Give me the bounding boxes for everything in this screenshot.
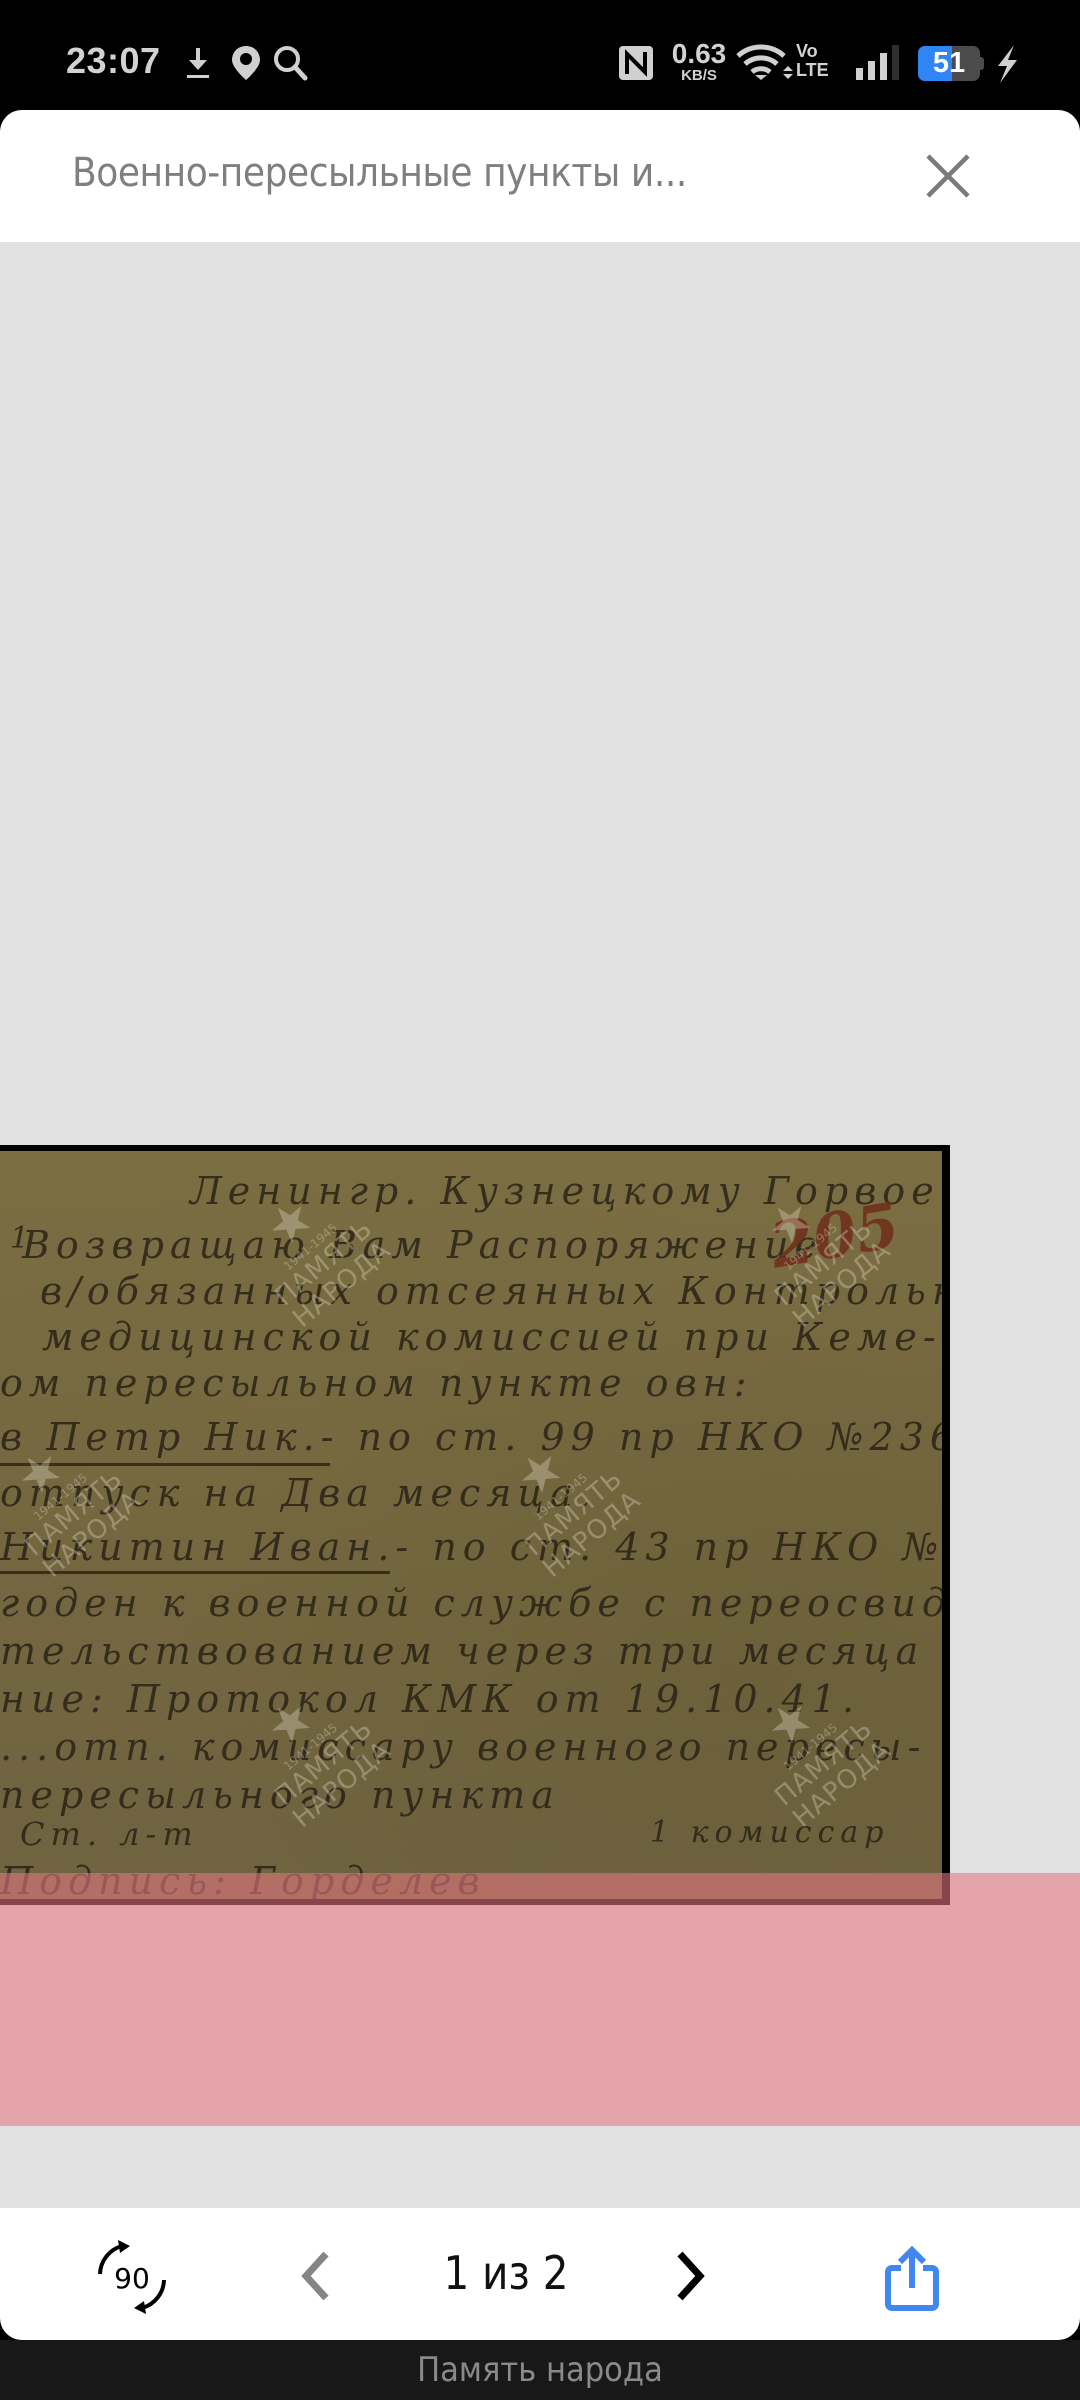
charging-bolt-icon: [994, 44, 1020, 84]
download-icon: [186, 46, 210, 80]
handwritten-line: отпуск на Два месяца.: [0, 1471, 597, 1515]
handwritten-line: пересыльного пункта: [0, 1773, 560, 1817]
handwritten-line: в Петр Ник.- по ст. 99 пр НКО №236-12: [0, 1415, 942, 1459]
nfc-icon: [618, 44, 654, 82]
location-icon: [230, 44, 262, 82]
handwritten-line: Никитин Иван.- по ст. 43 пр НКО №336: [0, 1525, 942, 1569]
handwritten-line: 1 комиссар: [650, 1815, 890, 1850]
highlight-overlay: [0, 1873, 1080, 2126]
underline: [0, 1463, 330, 1466]
volte-indicator: Vo LTE: [796, 42, 829, 80]
next-page-button[interactable]: [670, 2248, 710, 2304]
previous-page-button[interactable]: [296, 2248, 336, 2304]
status-time: 23:07: [66, 40, 161, 82]
document-paper: Ленингр. Кузнецкому Горвоенкому 1 Возвра…: [0, 1151, 942, 1899]
share-button[interactable]: [884, 2244, 940, 2312]
status-bar: 23:07 0.63 KB/S Vo LTE 51: [0, 0, 1080, 110]
signal-icon: [856, 44, 902, 82]
underline: [0, 1571, 390, 1574]
viewer-header: Военно-пересыльные пункты и...: [0, 110, 1080, 242]
handwritten-line: ние: Протокол КМК от 19.10.41.: [0, 1677, 860, 1721]
chevron-right-icon: [670, 2248, 710, 2304]
close-icon: [918, 146, 978, 206]
document-title: Военно-пересыльные пункты и...: [72, 150, 687, 196]
handwritten-line: ...отп. комиссару военного пересы-: [0, 1725, 926, 1769]
share-icon: [884, 2244, 940, 2312]
rotate-90-icon: 90: [92, 2238, 172, 2314]
search-icon: [272, 44, 308, 82]
handwritten-line: Возвращаю Вам Распоряжение: [22, 1223, 823, 1267]
viewer-toolbar: 90 1 из 2: [0, 2208, 1080, 2340]
close-button[interactable]: [918, 146, 978, 206]
handwritten-line: ом пересыльном пункте овн:: [0, 1361, 753, 1405]
page-indicator: 1 из 2: [409, 2246, 603, 2300]
handwritten-line: годен к военной службе с переосвиде-: [0, 1581, 942, 1625]
chevron-left-icon: [296, 2248, 336, 2304]
handwritten-line: Ст. л-т: [20, 1815, 199, 1853]
footer-app-name: Память народа: [54, 2350, 1026, 2390]
svg-text:90: 90: [114, 2262, 150, 2295]
rotate-button[interactable]: 90: [92, 2238, 172, 2314]
battery-indicator: 51: [918, 46, 980, 81]
handwritten-line: тельствованием через три месяца: [0, 1629, 924, 1673]
battery-tip: [980, 57, 984, 70]
network-speed: 0.63 KB/S: [666, 40, 732, 83]
wifi-icon: [736, 44, 794, 82]
document-viewer[interactable]: Ленингр. Кузнецкому Горвоенкому 1 Возвра…: [0, 242, 1080, 2208]
archival-document-image[interactable]: Ленингр. Кузнецкому Горвоенкому 1 Возвра…: [0, 1145, 950, 1905]
handwritten-line: медицинской комиссией при Кеме-: [42, 1315, 942, 1359]
app-footer: Память народа: [0, 2340, 1080, 2400]
